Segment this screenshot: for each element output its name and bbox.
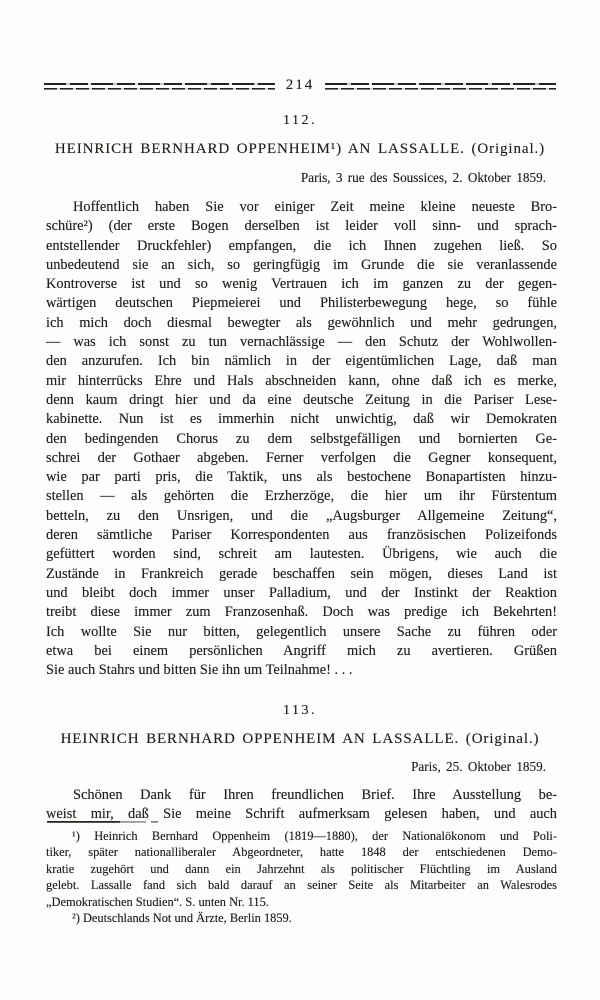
text-line: gelebt. Lassalle fand sich bald darauf a… bbox=[46, 877, 557, 893]
text-line: schüre²) (der erste Bogen derselben ist … bbox=[46, 217, 557, 236]
text-line: — was ich sonst zu tun vernachlässige — … bbox=[46, 333, 557, 352]
page-number: 214 bbox=[286, 78, 315, 92]
text-line: stellen — als gehörten die Erzherzöge, d… bbox=[46, 487, 557, 506]
text-line: unbedeutend sie an sich, so geringfügig … bbox=[46, 256, 557, 275]
text-line: entstellender Druckfehler) empfangen, di… bbox=[46, 237, 557, 256]
section-number-112: 112. bbox=[44, 113, 556, 129]
letter-body-112: Hoffentlich haben Sie vor einiger Zeit m… bbox=[46, 198, 557, 680]
text-line: ²) Deutschlands Not und Ärzte, Berlin 18… bbox=[46, 910, 557, 926]
text-line: ich mich doch diesmal bewegter als gewöh… bbox=[46, 314, 557, 333]
text-line: schrei der Gothaer abgeben. Ferner verfo… bbox=[46, 449, 557, 468]
book-page: 214 112. HEINRICH BERNHARD OPPENHEIM¹) A… bbox=[0, 0, 600, 1000]
footnotes: ¹) Heinrich Bernhard Oppenheim (1819—188… bbox=[46, 828, 557, 926]
running-head: 214 bbox=[44, 79, 556, 93]
footnote-separator bbox=[47, 821, 165, 824]
text-line: Ich wollte Sie nur bitten, gelegentlich … bbox=[46, 623, 557, 642]
text-line: betteln, zu den Unsrigen, und die „Augsb… bbox=[46, 507, 557, 526]
head-rule-right bbox=[325, 82, 556, 90]
letter-body-113: Schönen Dank für Ihren freundlichen Brie… bbox=[46, 786, 557, 825]
section-number-113: 113. bbox=[44, 703, 556, 719]
text-line: Zustände in Frankreich gerade beschaffen… bbox=[46, 565, 557, 584]
text-line: wie par parti pris, die Taktik, uns als … bbox=[46, 468, 557, 487]
text-line: den bedingenden Chorus zu dem selbstgefä… bbox=[46, 430, 557, 449]
text-line: deren sämtliche Pariser Korrespondenten … bbox=[46, 526, 557, 545]
letter-dateline-112: Paris, 3 rue des Soussices, 2. Oktober 1… bbox=[44, 170, 546, 186]
text-line: mir hinterrücks Ehre und Hals abschneide… bbox=[46, 372, 557, 391]
text-line: und bleibt doch immer unser Palladium, u… bbox=[46, 584, 557, 603]
text-line: ¹) Heinrich Bernhard Oppenheim (1819—188… bbox=[46, 828, 557, 844]
text-line: Schönen Dank für Ihren freundlichen Brie… bbox=[46, 786, 557, 805]
text-line: etwa bei einem persönlichen Angriff mich… bbox=[46, 642, 557, 661]
text-line: tiker, später nationalliberaler Abgeordn… bbox=[46, 844, 557, 860]
text-line: den anzurufen. Ich bin nämlich in der ei… bbox=[46, 352, 557, 371]
letter-heading-112: HEINRICH BERNHARD OPPENHEIM¹) AN LASSALL… bbox=[42, 141, 558, 158]
text-line: Kontroverse ist und so wenig Vertrauen i… bbox=[46, 275, 557, 294]
text-line: Sie auch Stahrs und bitten Sie ihn um Te… bbox=[46, 661, 557, 680]
text-line: gefüttert worden sind, schreit am lautes… bbox=[46, 545, 557, 564]
head-rule-left bbox=[44, 82, 275, 90]
text-line: denn kaum dringt hier und da eine deutsc… bbox=[46, 391, 557, 410]
text-line: Hoffentlich haben Sie vor einiger Zeit m… bbox=[46, 198, 557, 217]
text-line: kabinette. Nun ist es immerhin nicht unw… bbox=[46, 410, 557, 429]
text-line: wärtigen deutschen Piepmeierei und Phili… bbox=[46, 294, 557, 313]
letter-dateline-113: Paris, 25. Oktober 1859. bbox=[44, 759, 546, 775]
letter-heading-113: HEINRICH BERNHARD OPPENHEIM AN LASSALLE.… bbox=[42, 731, 558, 748]
text-line: „Demokratischen Studien“. S. unten Nr. 1… bbox=[46, 894, 557, 910]
text-line: kratie zugehört und dann ein Jahrzehnt a… bbox=[46, 861, 557, 877]
text-line: treibt diese immer zum Franzosenhaß. Doc… bbox=[46, 603, 557, 622]
